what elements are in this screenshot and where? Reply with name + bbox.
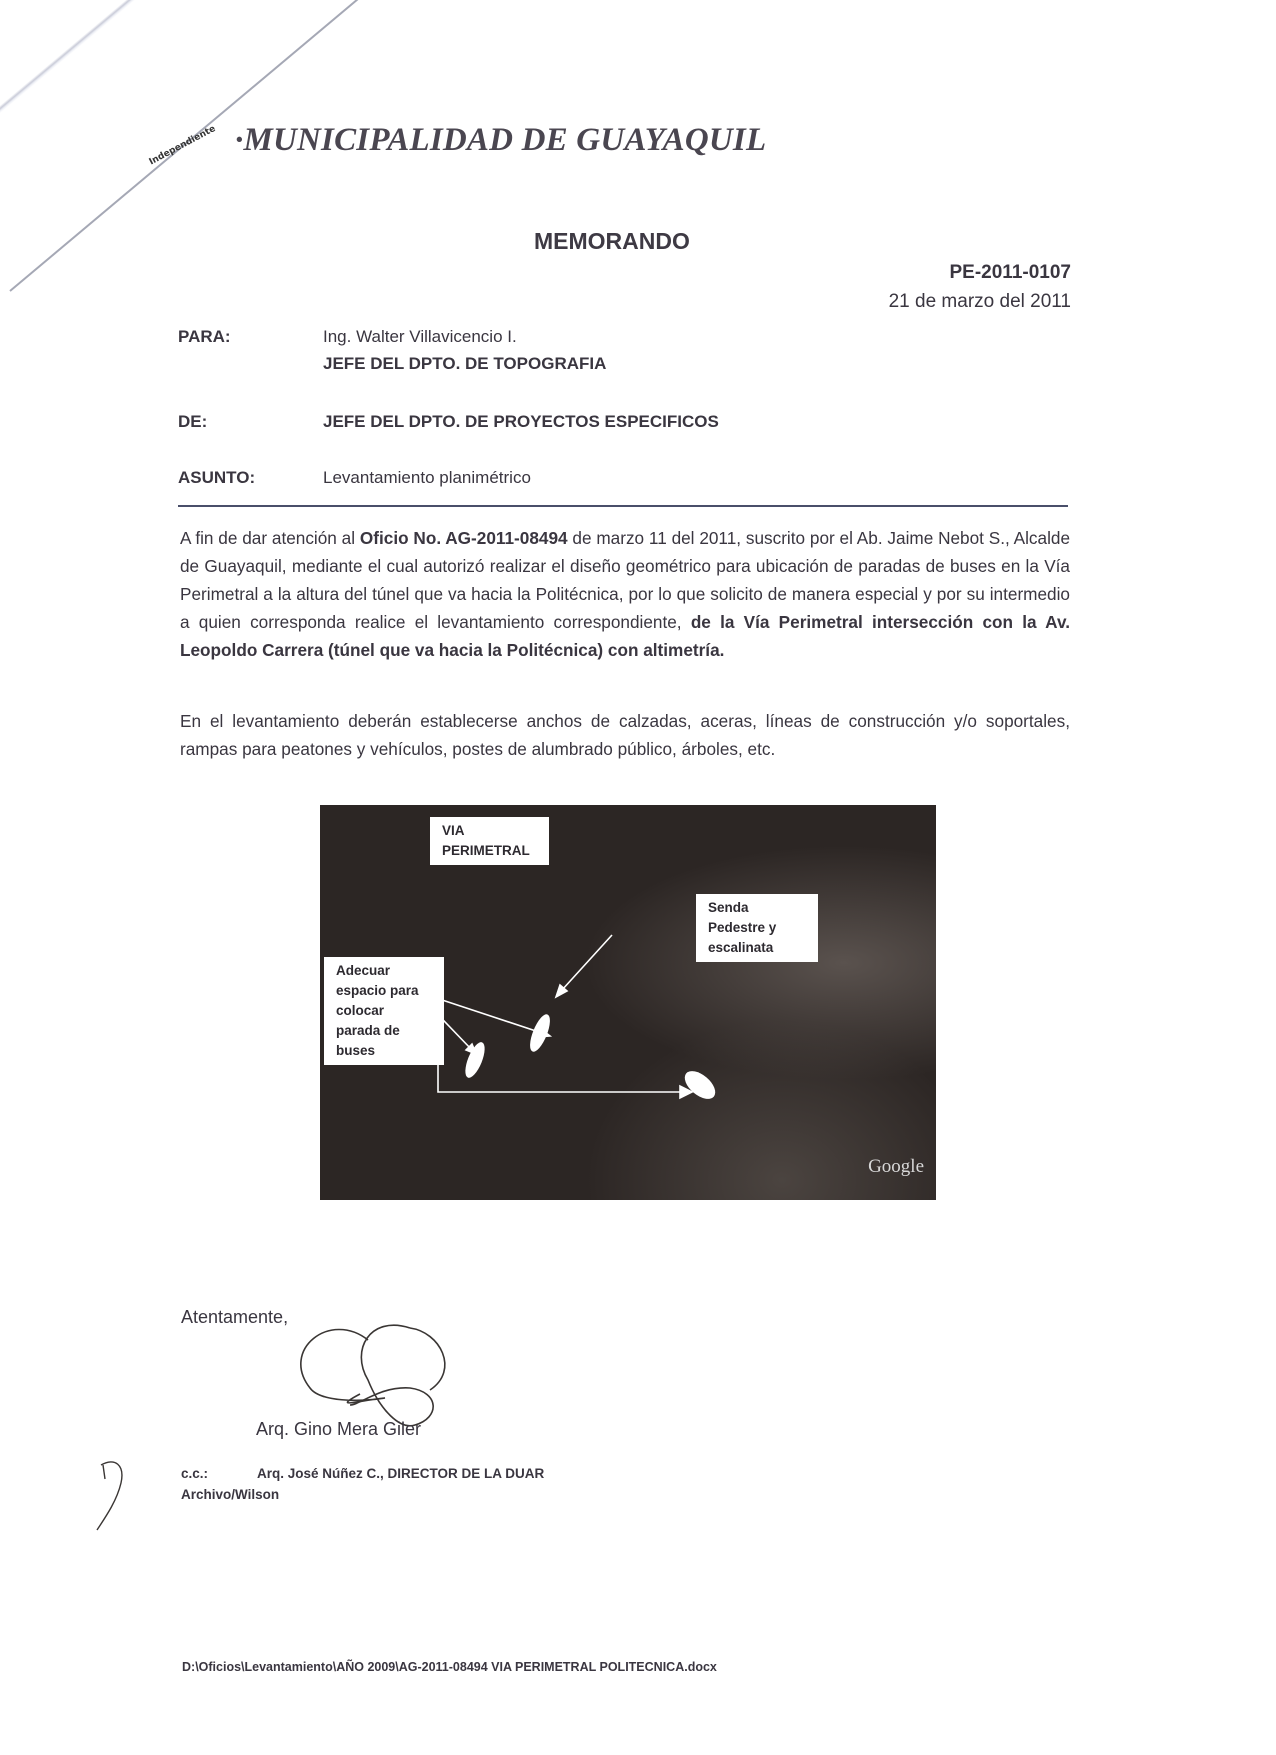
annotation-arrows: [320, 805, 936, 1200]
para-title: JEFE DEL DPTO. DE TOPOGRAFIA: [323, 354, 606, 374]
organization-title: ·MUNICIPALIDAD DE GUAYAQUIL: [235, 122, 766, 159]
body-paragraph-2: En el levantamiento deberán establecerse…: [180, 707, 1070, 763]
memo-number: PE-2011-0107: [950, 262, 1072, 284]
satellite-map-figure: VIA PERIMETRAL Senda Pedestre y escalina…: [320, 805, 936, 1200]
closing-salutation: Atentamente,: [181, 1307, 288, 1328]
document-type: MEMORANDO: [534, 228, 690, 255]
cc-recipient: Arq. José Núñez C., DIRECTOR DE LA DUAR: [257, 1466, 544, 1481]
archive-note: Archivo/Wilson: [181, 1487, 279, 1502]
handwritten-initial: [95, 1455, 135, 1535]
de-value: JEFE DEL DPTO. DE PROYECTOS ESPECIFICOS: [323, 412, 719, 432]
body-paragraph-1: A fin de dar atención al Oficio No. AG-2…: [180, 524, 1070, 664]
oficio-reference: Oficio No. AG-2011-08494: [360, 528, 568, 548]
asunto-label: ASUNTO:: [178, 468, 255, 488]
cc-label: c.c.:: [181, 1466, 208, 1481]
header-divider: [178, 505, 1068, 507]
de-label: DE:: [178, 412, 207, 432]
google-watermark: Google: [868, 1156, 924, 1178]
signer-name: Arq. Gino Mera Giler: [256, 1419, 421, 1440]
asunto-value: Levantamiento planimétrico: [323, 468, 531, 488]
independiente-stamp: Independiente: [148, 124, 218, 167]
para-name: Ing. Walter Villavicencio I.: [323, 327, 517, 347]
memo-date: 21 de marzo del 2011: [889, 291, 1071, 313]
para-label: PARA:: [178, 327, 231, 347]
file-path-footer: D:\Oficios\Levantamiento\AÑO 2009\AG-201…: [182, 1660, 717, 1674]
